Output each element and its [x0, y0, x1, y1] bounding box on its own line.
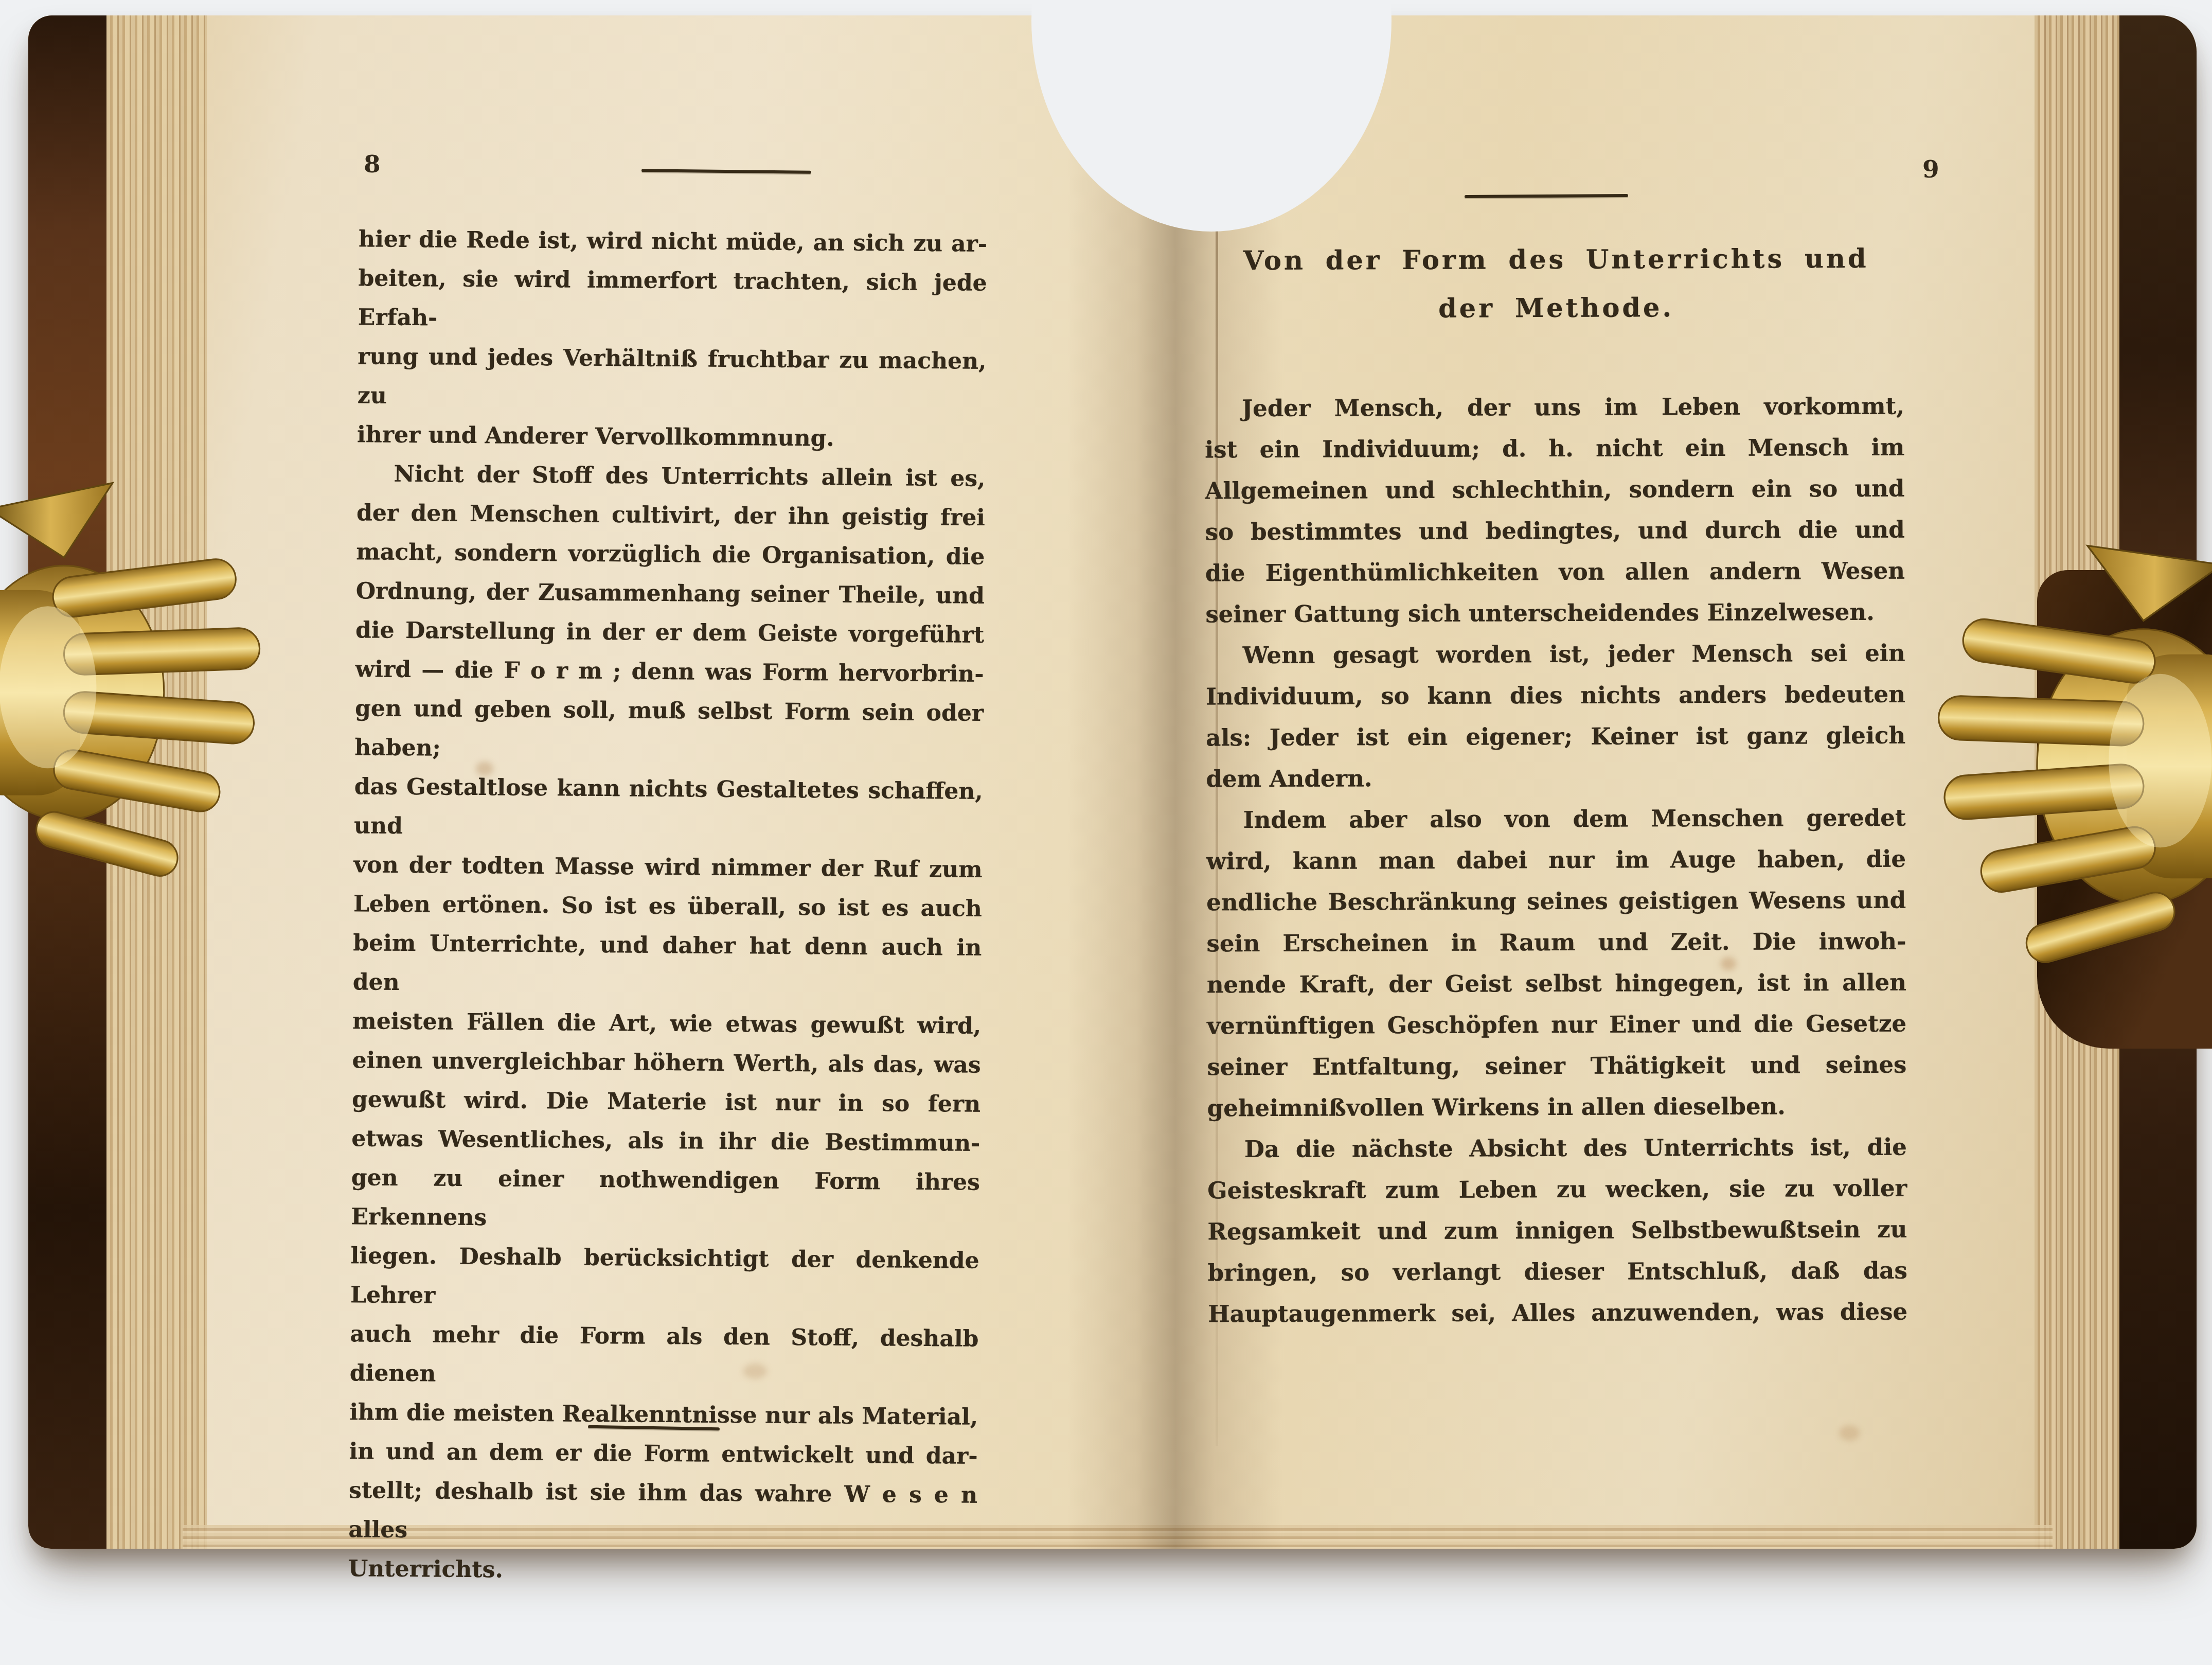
- text-line: Regsamkeit und zum innigen Selbstbewußts…: [1207, 1209, 1907, 1253]
- text-line: geheimnißvollen Wirkens in allen dieselb…: [1207, 1086, 1907, 1129]
- text-line: macht, sondern vorzüglich die Organisati…: [356, 533, 985, 577]
- text-line: Da die nächste Absicht des Unterrichts i…: [1207, 1127, 1907, 1171]
- text-line: wird, kann man dabei nur im Auge haben, …: [1206, 839, 1906, 882]
- text-line: ihrer und Anderer Vervollkommnung.: [357, 415, 986, 459]
- text-line: die Eigenthümlichkeiten von allen andern…: [1205, 551, 1905, 594]
- text-line: gen zu einer nothwendigen Form ihres Erk…: [351, 1158, 980, 1242]
- text-line: Leben ertönen. So ist es überall, so ist…: [353, 884, 983, 929]
- text-line: Individuum, so kann dies nichts anders b…: [1206, 674, 1905, 718]
- brass-hand-page-holder-left: [0, 476, 264, 904]
- chapter-heading: Von der Form des Unterrichts und der Met…: [1206, 235, 1906, 334]
- text-line: endliche Beschränkung seines geistigen W…: [1206, 880, 1906, 924]
- chapter-heading-line1: Von der Form des Unterrichts und: [1206, 235, 1906, 286]
- text-line: gen und geben soll, muß selbst Form sein…: [354, 689, 984, 772]
- text-line: liegen. Deshalb berücksichtigt der denke…: [350, 1236, 979, 1320]
- right-header-rule: [1465, 194, 1628, 198]
- text-line: ihm die meisten Realkenntnisse nur als M…: [349, 1393, 978, 1437]
- text-line: auch mehr die Form als den Stoff, deshal…: [350, 1315, 979, 1398]
- text-line: wird — die F o r m ; denn was Form hervo…: [355, 650, 984, 694]
- left-header-rule: [641, 169, 811, 173]
- text-line: Nicht der Stoff des Unterrichts allein i…: [356, 454, 986, 499]
- foxing-spot: [1839, 1425, 1860, 1441]
- open-book: 8 hier die Rede ist, wird nicht müde, an…: [28, 15, 2197, 1549]
- brass-hand-page-holder-right: [1936, 537, 2212, 990]
- text-line: Indem aber also von dem Menschen geredet: [1206, 798, 1906, 841]
- text-line: von der todten Masse wird nimmer der Ruf…: [353, 845, 983, 890]
- chapter-heading-line2: der Methode.: [1206, 283, 1906, 334]
- brass-hand-icon: [0, 476, 264, 904]
- text-line: in und an dem er die Form entwickelt und…: [349, 1432, 978, 1476]
- text-line: etwas Wesentliches, als in ihr die Besti…: [351, 1119, 980, 1163]
- text-line: vernünftigen Geschöpfen nur Einer und di…: [1207, 1003, 1906, 1047]
- text-line: bringen, so verlangt dieser Entschluß, d…: [1208, 1250, 1907, 1294]
- text-line: gewußt wird. Die Materie ist nur in so f…: [352, 1080, 981, 1124]
- text-line: seiner Entfaltung, seiner Thätigkeit und…: [1207, 1044, 1906, 1088]
- brass-hand-icon: [1936, 537, 2212, 990]
- text-line: so bestimmtes und bedingtes, und durch d…: [1205, 509, 1905, 553]
- text-line: einen unvergleichbar höhern Werth, als d…: [352, 1041, 981, 1085]
- text-line: Allgemeinen und schlechthin, sondern ein…: [1205, 468, 1904, 512]
- text-line: Wenn gesagt worden ist, jeder Mensch sei…: [1205, 633, 1905, 677]
- text-line: dem Andern.: [1206, 756, 1905, 800]
- text-line: Hauptaugenmerk sei, Alles anzuwenden, wa…: [1208, 1291, 1907, 1335]
- right-page-text: Jeder Mensch, der uns im Leben vorkommt,…: [1205, 386, 1907, 1335]
- photo-of-open-book: 8 hier die Rede ist, wird nicht müde, an…: [0, 0, 2212, 1665]
- text-line: nende Kraft, der Geist selbst hingegen, …: [1207, 962, 1906, 1006]
- right-page-number: 9: [1922, 155, 1940, 184]
- text-line: beim Unterrichte, und daher hat denn auc…: [353, 924, 982, 1007]
- text-line: als: Jeder ist ein eigener; Keiner ist g…: [1206, 715, 1905, 759]
- text-line: Unterrichts.: [348, 1549, 977, 1593]
- text-line: ist ein Individuum; d. h. nicht ein Mens…: [1205, 427, 1904, 471]
- text-line: die Darstellung in der er dem Geiste vor…: [355, 611, 985, 655]
- left-page-text: hier die Rede ist, wird nicht müde, an s…: [348, 220, 988, 1593]
- text-line: stellt; deshalb ist sie ihm das wahre W …: [348, 1471, 977, 1554]
- text-line: beiten, sie wird immerfort trachten, sic…: [358, 259, 987, 342]
- text-line: das Gestaltlose kann nichts Gestaltetes …: [354, 767, 983, 851]
- text-line: rung und jedes Verhältniß fruchtbar zu m…: [357, 337, 986, 420]
- text-line: Jeder Mensch, der uns im Leben vorkommt,: [1205, 386, 1904, 430]
- left-page-number: 8: [364, 150, 381, 179]
- text-line: sein Erscheinen in Raum und Zeit. Die in…: [1206, 921, 1906, 965]
- text-line: hier die Rede ist, wird nicht müde, an s…: [359, 220, 988, 264]
- text-line: Geisteskraft zum Leben zu wecken, sie zu…: [1207, 1168, 1907, 1212]
- text-line: meisten Fällen die Art, wie etwas gewußt…: [352, 1002, 982, 1046]
- text-line: seiner Gattung sich unterscheidendes Ein…: [1205, 592, 1905, 635]
- text-line: der den Menschen cultivirt, der ihn geis…: [356, 493, 986, 538]
- text-line: Ordnung, der Zusammenhang seiner Theile,…: [355, 572, 985, 616]
